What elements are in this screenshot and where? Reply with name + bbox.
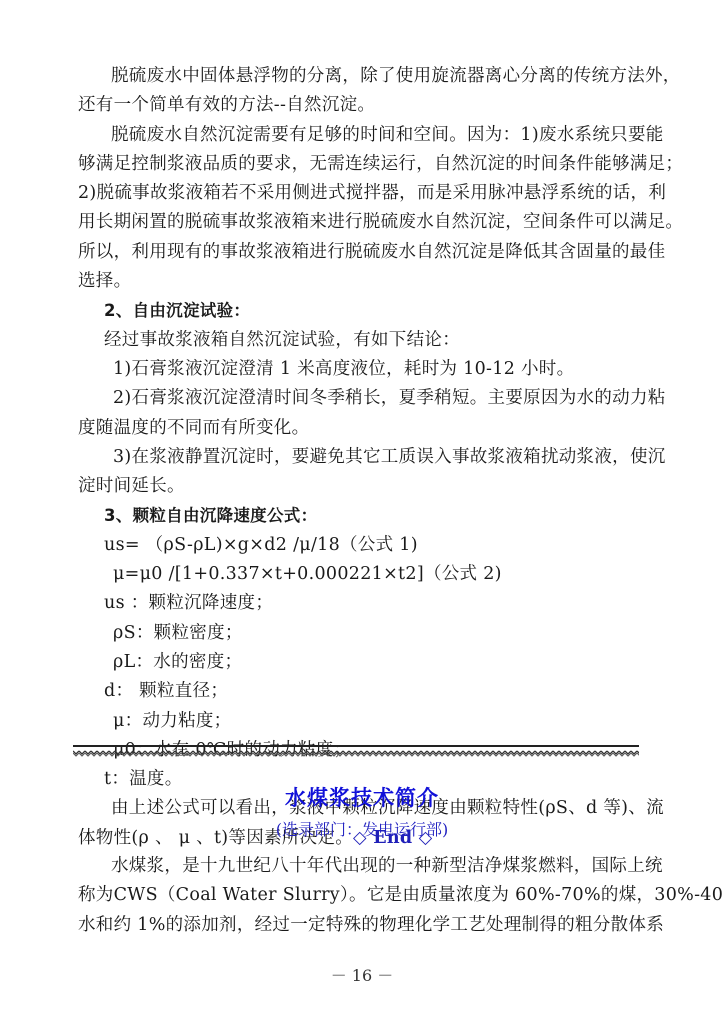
page-number: － 16 －: [0, 963, 724, 986]
list-item: 1)石膏浆液沉淀澄清 1 米高度液位，耗时为 10-12 小时。: [78, 355, 644, 384]
paragraph-line: 用长期闲置的脱硫事故浆液箱来进行脱硫废水自然沉淀，空间条件可以满足。: [78, 208, 644, 237]
formula-1: us= （ρS-ρL)×g×d2 /μ/18（公式 1): [78, 531, 644, 560]
formula-2: μ=μ0 /[1+0.337×t+0.000221×t2]（公式 2): [78, 560, 644, 589]
definition: ρL：水的密度；: [78, 648, 644, 677]
paragraph-line: 所以，利用现有的事故浆液箱进行脱硫废水自然沉淀是降低其含固量的最佳: [78, 238, 644, 267]
article-body: 脱硫废水中固体悬浮物的分离，除了使用旋流器离心分离的传统方法外， 还有一个简单有…: [78, 62, 644, 853]
definition: μ：动力粘度；: [78, 707, 644, 736]
article-subtitle: (选录部门：发电运行部): [0, 817, 724, 840]
paragraph-line: 称为CWS（Coal Water Slurry）。它是由质量浓度为 60%-70…: [78, 881, 644, 910]
paragraph-line: 够满足控制浆液品质的要求，无需连续运行，自然沉淀的时间条件能够满足；: [78, 150, 644, 179]
definition: us ：颗粒沉降速度；: [78, 589, 644, 618]
list-item: 3)在浆液静置沉淀时，要避免其它工质误入事故浆液箱扰动浆液，使沉: [78, 443, 644, 472]
section-heading: 3、颗粒自由沉降速度公式：: [78, 501, 644, 530]
list-item-continuation: 度随温度的不同而有所变化。: [78, 414, 644, 443]
list-item: 2)石膏浆液沉淀澄清时间冬季稍长，夏季稍短。主要原因为水的动力粘: [78, 384, 644, 413]
paragraph-line: 选择。: [78, 267, 644, 296]
article-title: 水煤浆技术简介: [0, 782, 724, 812]
section-heading: 2、自由沉淀试验：: [78, 296, 644, 325]
paragraph-line: 还有一个简单有效的方法--自然沉淀。: [78, 91, 644, 120]
divider-solid-line: [73, 745, 639, 747]
section-intro: 经过事故浆液箱自然沉淀试验，有如下结论：: [78, 326, 644, 355]
paragraph-line: 水和约 1%的添加剂，经过一定特殊的物理化学工艺处理制得的粗分散体系: [78, 911, 644, 940]
section-divider: [73, 745, 639, 759]
definition: ρS：颗粒密度；: [78, 619, 644, 648]
paragraph-line: 水煤浆，是十九世纪八十年代出现的一种新型洁净煤浆燃料，国际上统: [78, 852, 644, 881]
paragraph-line: 2)脱硫事故浆液箱若不采用侧进式搅拌器，而是采用脉冲悬浮系统的话，利: [78, 179, 644, 208]
paragraph-line: 脱硫废水中固体悬浮物的分离，除了使用旋流器离心分离的传统方法外，: [78, 62, 644, 91]
divider-zigzag: [73, 749, 639, 757]
list-item-continuation: 淀时间延长。: [78, 472, 644, 501]
article2-body: 水煤浆，是十九世纪八十年代出现的一种新型洁净煤浆燃料，国际上统 称为CWS（Co…: [78, 852, 644, 940]
definition: d： 颗粒直径；: [78, 677, 644, 706]
paragraph-line: 脱硫废水自然沉淀需要有足够的时间和空间。因为：1)废水系统只要能: [78, 121, 644, 150]
